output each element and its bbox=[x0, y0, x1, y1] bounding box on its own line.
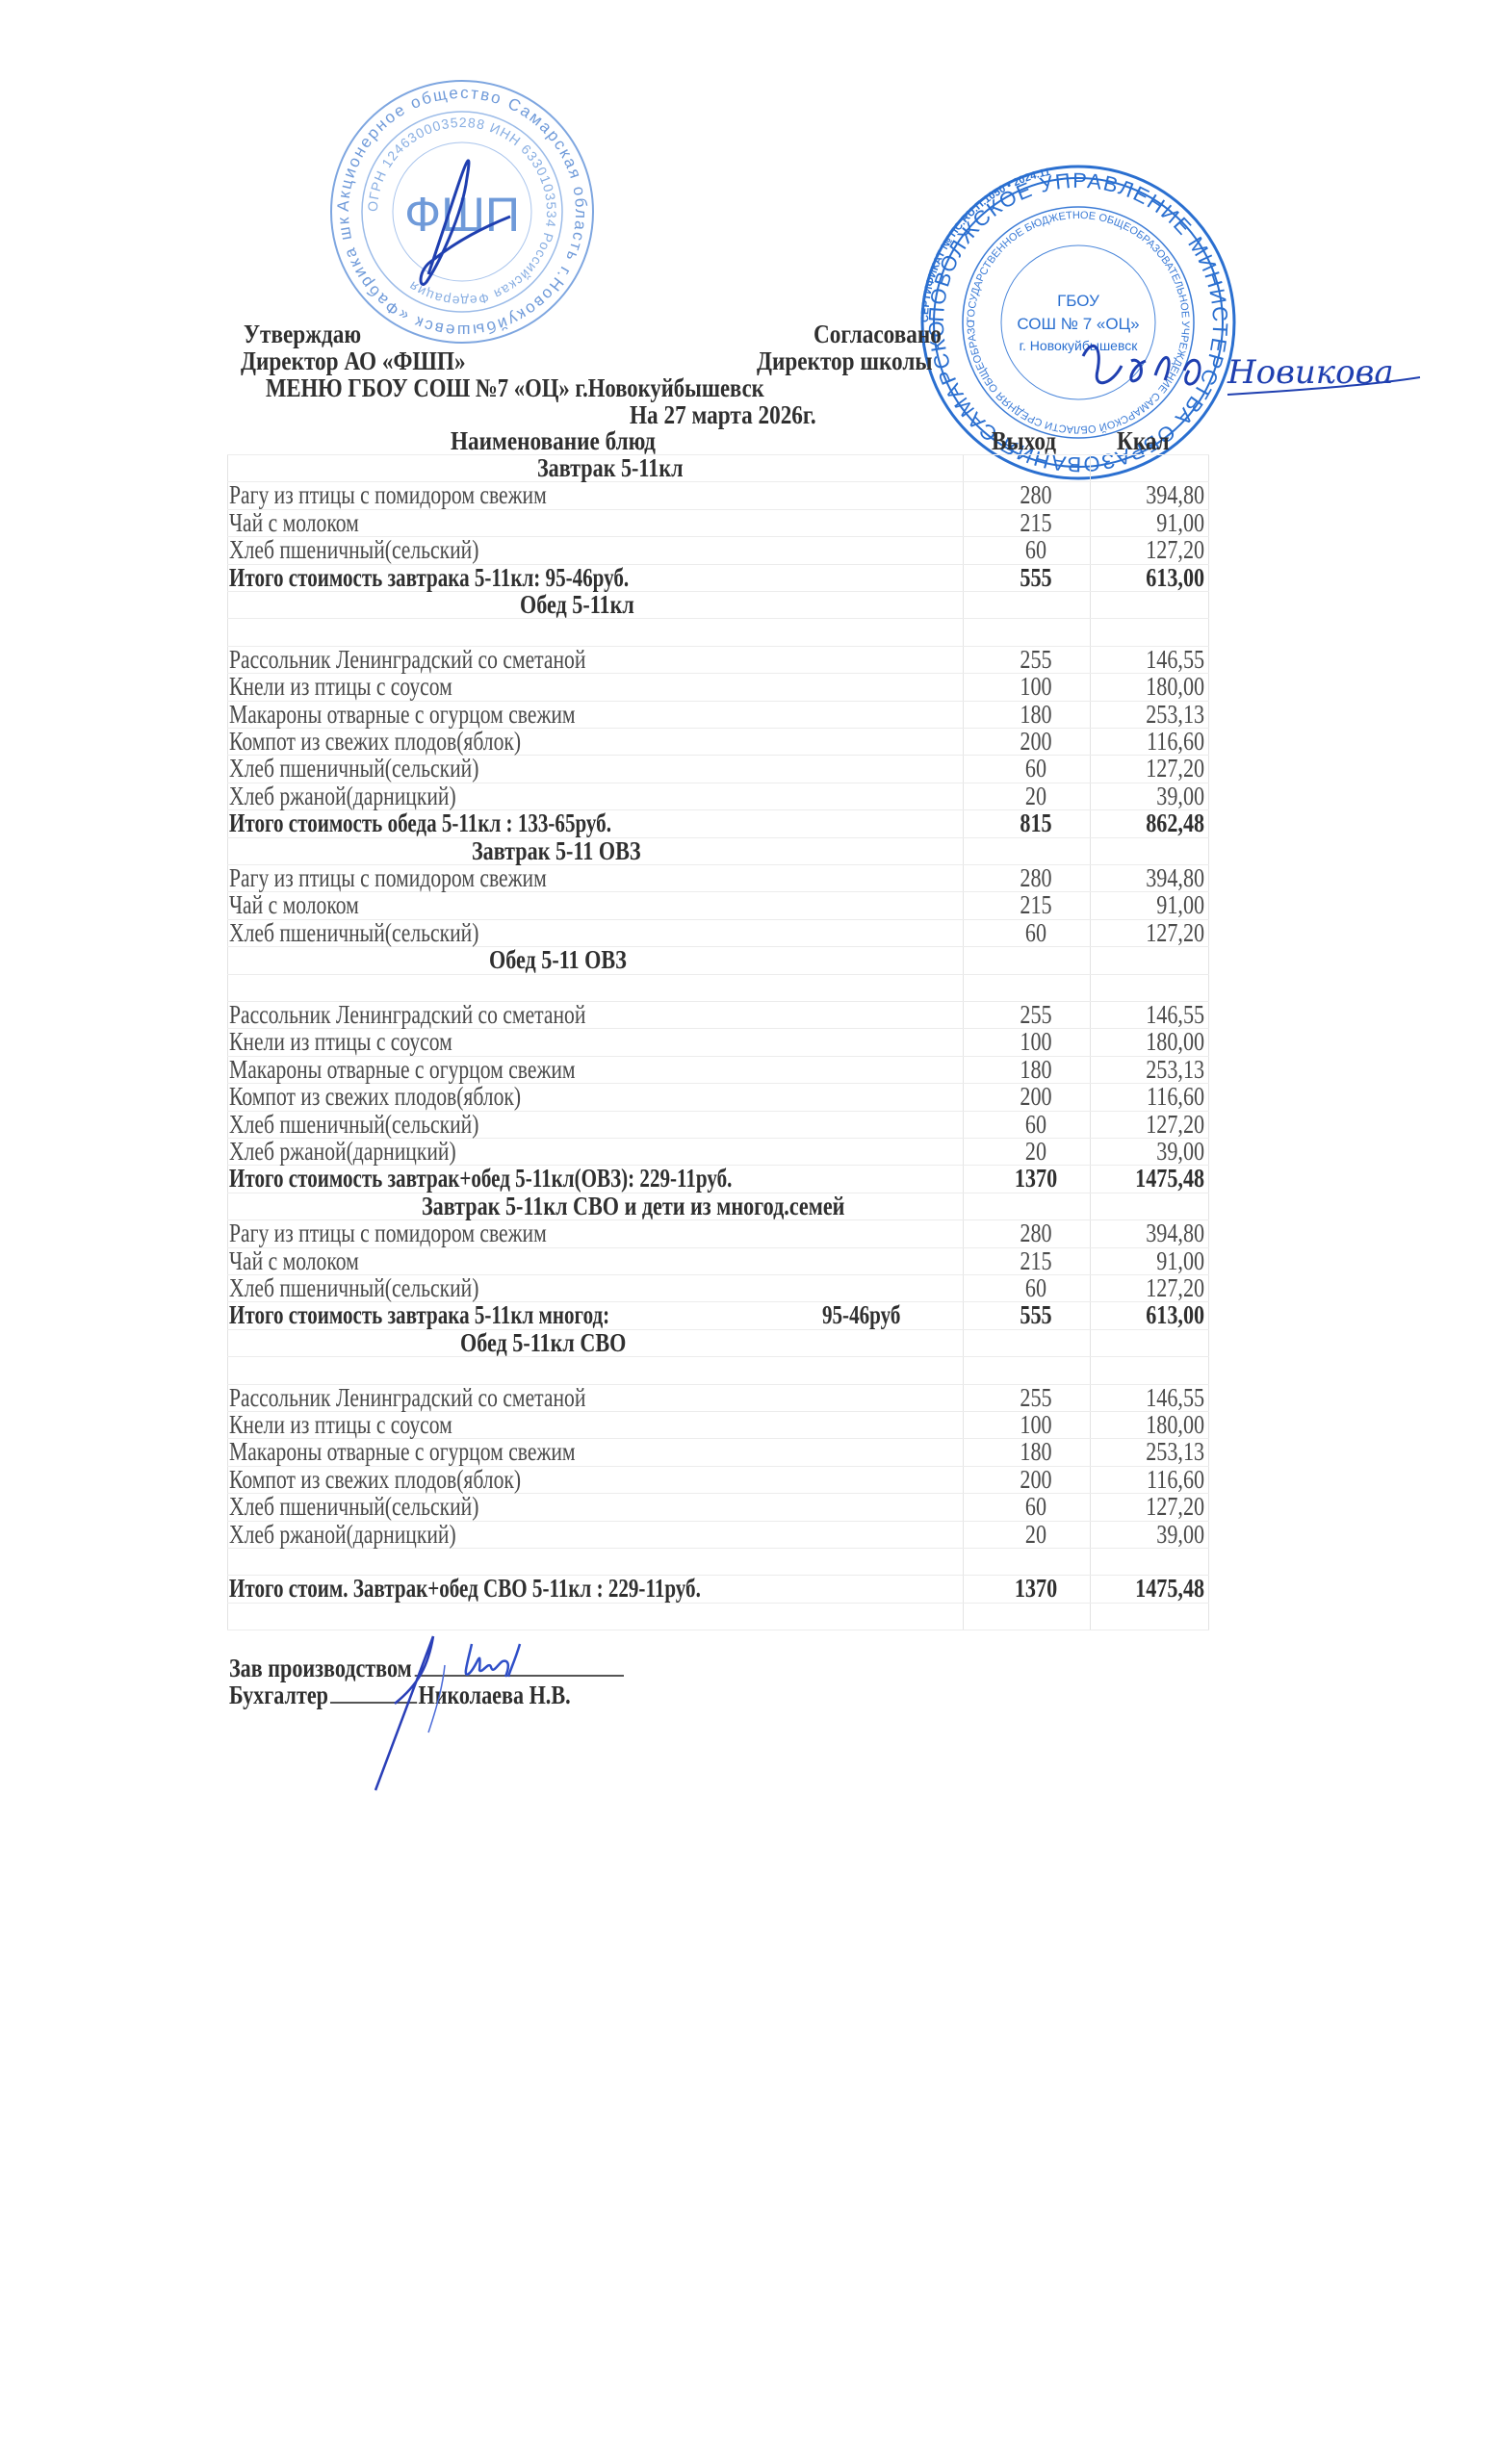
dish-kcal: 146,55 bbox=[1115, 646, 1209, 673]
dish-output: 280 bbox=[989, 864, 1083, 891]
dish-name: Компот из свежих плодов(яблок) bbox=[229, 728, 521, 755]
dish-kcal: 127,20 bbox=[1115, 755, 1209, 782]
total-row: Итого стоимость завтрак+обед 5-11кл(ОВЗ)… bbox=[227, 1165, 1209, 1192]
dish-output: 100 bbox=[989, 673, 1083, 700]
dish-output: 20 bbox=[989, 1138, 1083, 1165]
footer-signatures bbox=[337, 1627, 626, 1800]
menu-item-row: Компот из свежих плодов(яблок)200116,60 bbox=[227, 1083, 1209, 1110]
total-label: Итого стоим. Завтрак+обед СВО 5-11кл : 2… bbox=[229, 1575, 701, 1602]
dish-output: 60 bbox=[989, 1493, 1083, 1520]
column-header-output: Выход bbox=[992, 427, 1056, 454]
dish-kcal: 39,00 bbox=[1115, 1138, 1209, 1165]
total-output: 815 bbox=[989, 809, 1083, 836]
dish-name: Рассольник Ленинградский со сметаной bbox=[229, 646, 585, 673]
total-output: 1370 bbox=[989, 1165, 1083, 1192]
dish-kcal: 127,20 bbox=[1115, 1493, 1209, 1520]
dish-name: Хлеб ржаной(дарницкий) bbox=[229, 1521, 456, 1548]
dish-kcal: 180,00 bbox=[1115, 1411, 1209, 1438]
menu-item-row: Рассольник Ленинградский со сметаной2551… bbox=[227, 646, 1209, 673]
dish-output: 215 bbox=[989, 1247, 1083, 1274]
table-gridline bbox=[227, 618, 1209, 619]
dish-kcal: 116,60 bbox=[1115, 1083, 1209, 1110]
total-kcal: 613,00 bbox=[1115, 564, 1209, 591]
dish-kcal: 180,00 bbox=[1115, 673, 1209, 700]
dish-output: 215 bbox=[989, 509, 1083, 536]
dish-name: Хлеб пшеничный(сельский) bbox=[229, 919, 478, 946]
dish-output: 255 bbox=[989, 1001, 1083, 1028]
menu-item-row: Кнели из птицы с соусом100180,00 bbox=[227, 673, 1209, 700]
dish-name: Кнели из птицы с соусом bbox=[229, 1028, 452, 1055]
page-title: МЕНЮ ГБОУ СОШ №7 «ОЦ» г.Новокуйбышевск bbox=[266, 373, 764, 403]
total-row: Итого стоимость обеда 5-11кл : 133-65руб… bbox=[227, 809, 1209, 836]
dish-kcal: 116,60 bbox=[1115, 1466, 1209, 1493]
dish-name: Макароны отварные с огурцом свежим bbox=[229, 1056, 576, 1083]
column-header-kcal: Ккал bbox=[1117, 427, 1170, 454]
menu-item-row: Хлеб пшеничный(сельский)60127,20 bbox=[227, 1111, 1209, 1138]
dish-kcal: 394,80 bbox=[1115, 864, 1209, 891]
agree-role: Директор школы bbox=[757, 346, 933, 376]
dish-kcal: 127,20 bbox=[1115, 1111, 1209, 1138]
total-output: 555 bbox=[989, 1301, 1083, 1328]
table-gridline bbox=[227, 1356, 1209, 1357]
approve-role: Директор АО «ФШП» bbox=[241, 346, 466, 376]
section-title: Завтрак 5-11 ОВЗ bbox=[472, 837, 641, 864]
menu-item-row: Рагу из птицы с помидором свежим280394,8… bbox=[227, 481, 1209, 508]
total-kcal: 613,00 bbox=[1115, 1301, 1209, 1328]
dish-name: Хлеб пшеничный(сельский) bbox=[229, 755, 478, 782]
dish-output: 100 bbox=[989, 1411, 1083, 1438]
menu-item-row: Хлеб пшеничный(сельский)60127,20 bbox=[227, 919, 1209, 946]
menu-item-row: Макароны отварные с огурцом свежим180253… bbox=[227, 701, 1209, 728]
total-kcal: 1475,48 bbox=[1115, 1165, 1209, 1192]
dish-output: 200 bbox=[989, 1466, 1083, 1493]
dish-kcal: 253,13 bbox=[1115, 1056, 1209, 1083]
section-title: Обед 5-11кл СВО bbox=[460, 1329, 626, 1356]
menu-item-row: Рассольник Ленинградский со сметаной2551… bbox=[227, 1001, 1209, 1028]
table-gridline bbox=[227, 974, 1209, 975]
menu-item-row: Хлеб ржаной(дарницкий)2039,00 bbox=[227, 783, 1209, 809]
dish-name: Хлеб ржаной(дарницкий) bbox=[229, 783, 456, 809]
dish-output: 60 bbox=[989, 1111, 1083, 1138]
section-title: Завтрак 5-11кл СВО и дети из многод.семе… bbox=[422, 1193, 844, 1219]
dish-output: 60 bbox=[989, 755, 1083, 782]
dish-output: 180 bbox=[989, 1056, 1083, 1083]
director-signature: Новикова bbox=[1064, 318, 1430, 423]
menu-item-row: Чай с молоком21591,00 bbox=[227, 1247, 1209, 1274]
dish-kcal: 180,00 bbox=[1115, 1028, 1209, 1055]
table-gridline bbox=[227, 454, 1209, 455]
total-row: Итого стоимость завтрака 5-11кл: 95-46ру… bbox=[227, 564, 1209, 591]
total-row: Итого стоимость завтрака 5-11кл многод:9… bbox=[227, 1301, 1209, 1328]
dish-kcal: 253,13 bbox=[1115, 1438, 1209, 1465]
dish-name: Хлеб пшеничный(сельский) bbox=[229, 1111, 478, 1138]
approve-label: Утверждаю bbox=[244, 320, 361, 349]
dish-kcal: 146,55 bbox=[1115, 1001, 1209, 1028]
menu-item-row: Чай с молоком21591,00 bbox=[227, 509, 1209, 536]
dish-name: Хлеб пшеничный(сельский) bbox=[229, 1493, 478, 1520]
menu-document: Акционерное общество Самарская область г… bbox=[0, 0, 1498, 2464]
dish-name: Компот из свежих плодов(яблок) bbox=[229, 1466, 521, 1493]
dish-output: 60 bbox=[989, 536, 1083, 563]
dish-output: 20 bbox=[989, 783, 1083, 809]
dish-kcal: 394,80 bbox=[1115, 481, 1209, 508]
total-kcal: 862,48 bbox=[1115, 809, 1209, 836]
dish-kcal: 91,00 bbox=[1115, 1247, 1209, 1274]
dish-name: Хлеб пшеничный(сельский) bbox=[229, 536, 478, 563]
menu-item-row: Кнели из птицы с соусом100180,00 bbox=[227, 1028, 1209, 1055]
menu-item-row: Рагу из птицы с помидором свежим280394,8… bbox=[227, 864, 1209, 891]
total-label: Итого стоимость обеда 5-11кл : 133-65руб… bbox=[229, 809, 611, 836]
menu-item-row: Рагу из птицы с помидором свежим280394,8… bbox=[227, 1219, 1209, 1246]
dish-name: Чай с молоком bbox=[229, 1247, 359, 1274]
section-title: Обед 5-11 ОВЗ bbox=[489, 946, 627, 973]
menu-item-row: Хлеб ржаной(дарницкий)2039,00 bbox=[227, 1138, 1209, 1165]
column-header-name: Наименование блюд bbox=[451, 427, 656, 454]
dish-kcal: 91,00 bbox=[1115, 891, 1209, 918]
dish-name: Хлеб пшеничный(сельский) bbox=[229, 1274, 478, 1301]
total-output: 555 bbox=[989, 564, 1083, 591]
agree-label: Согласовано bbox=[814, 320, 942, 349]
menu-item-row: Макароны отварные с огурцом свежим180253… bbox=[227, 1056, 1209, 1083]
dish-output: 60 bbox=[989, 919, 1083, 946]
total-label: Итого стоимость завтрак+обед 5-11кл(ОВЗ)… bbox=[229, 1165, 732, 1192]
dish-kcal: 91,00 bbox=[1115, 509, 1209, 536]
svg-text:Новикова: Новикова bbox=[1227, 353, 1394, 392]
dish-name: Компот из свежих плодов(яблок) bbox=[229, 1083, 521, 1110]
dish-output: 280 bbox=[989, 481, 1083, 508]
dish-output: 255 bbox=[989, 1384, 1083, 1411]
menu-item-row: Компот из свежих плодов(яблок)200116,60 bbox=[227, 728, 1209, 755]
menu-item-row: Компот из свежих плодов(яблок)200116,60 bbox=[227, 1466, 1209, 1493]
dish-name: Чай с молоком bbox=[229, 509, 359, 536]
total-label: Итого стоимость завтрака 5-11кл многод: bbox=[229, 1301, 609, 1328]
dish-output: 215 bbox=[989, 891, 1083, 918]
dish-kcal: 127,20 bbox=[1115, 1274, 1209, 1301]
menu-item-row: Рассольник Ленинградский со сметаной2551… bbox=[227, 1384, 1209, 1411]
dish-kcal: 394,80 bbox=[1115, 1219, 1209, 1246]
dish-output: 200 bbox=[989, 728, 1083, 755]
dish-kcal: 39,00 bbox=[1115, 783, 1209, 809]
total-kcal: 1475,48 bbox=[1115, 1575, 1209, 1602]
dish-name: Рассольник Ленинградский со сметаной bbox=[229, 1001, 585, 1028]
menu-item-row: Хлеб пшеничный(сельский)60127,20 bbox=[227, 1493, 1209, 1520]
section-title: Завтрак 5-11кл bbox=[537, 454, 684, 481]
dish-output: 200 bbox=[989, 1083, 1083, 1110]
dish-name: Рагу из птицы с помидором свежим bbox=[229, 1219, 547, 1246]
dish-output: 180 bbox=[989, 701, 1083, 728]
dish-name: Кнели из птицы с соусом bbox=[229, 1411, 452, 1438]
dish-name: Рагу из птицы с помидором свежим bbox=[229, 481, 547, 508]
total-row: Итого стоим. Завтрак+обед СВО 5-11кл : 2… bbox=[227, 1575, 1209, 1602]
dish-kcal: 116,60 bbox=[1115, 728, 1209, 755]
section-title: Обед 5-11кл bbox=[520, 591, 634, 618]
total-label: Итого стоимость завтрака 5-11кл: 95-46ру… bbox=[229, 564, 629, 591]
dish-output: 180 bbox=[989, 1438, 1083, 1465]
menu-item-row: Макароны отварные с огурцом свежим180253… bbox=[227, 1438, 1209, 1465]
menu-item-row: Хлеб пшеничный(сельский)60127,20 bbox=[227, 1274, 1209, 1301]
company-stamp: Акционерное общество Самарская область г… bbox=[323, 72, 602, 351]
svg-text:ФШП: ФШП bbox=[404, 188, 520, 242]
menu-item-row: Хлеб пшеничный(сельский)60127,20 bbox=[227, 755, 1209, 782]
dish-kcal: 253,13 bbox=[1115, 701, 1209, 728]
svg-text:ГБОУ: ГБОУ bbox=[1057, 292, 1099, 310]
dish-name: Хлеб ржаной(дарницкий) bbox=[229, 1138, 456, 1165]
total-price: 95-46руб bbox=[822, 1301, 900, 1328]
dish-output: 60 bbox=[989, 1274, 1083, 1301]
total-output: 1370 bbox=[989, 1575, 1083, 1602]
dish-name: Макароны отварные с огурцом свежим bbox=[229, 701, 576, 728]
dish-name: Чай с молоком bbox=[229, 891, 359, 918]
dish-kcal: 127,20 bbox=[1115, 919, 1209, 946]
dish-name: Рагу из птицы с помидором свежим bbox=[229, 864, 547, 891]
dish-kcal: 146,55 bbox=[1115, 1384, 1209, 1411]
menu-item-row: Чай с молоком21591,00 bbox=[227, 891, 1209, 918]
dish-name: Рассольник Ленинградский со сметаной bbox=[229, 1384, 585, 1411]
menu-date: На 27 марта 2026г. bbox=[630, 400, 816, 430]
menu-item-row: Кнели из птицы с соусом100180,00 bbox=[227, 1411, 1209, 1438]
dish-kcal: 127,20 bbox=[1115, 536, 1209, 563]
dish-name: Кнели из птицы с соусом bbox=[229, 673, 452, 700]
dish-output: 280 bbox=[989, 1219, 1083, 1246]
dish-output: 20 bbox=[989, 1521, 1083, 1548]
dish-output: 100 bbox=[989, 1028, 1083, 1055]
dish-kcal: 39,00 bbox=[1115, 1521, 1209, 1548]
menu-item-row: Хлеб пшеничный(сельский)60127,20 bbox=[227, 536, 1209, 563]
menu-item-row: Хлеб ржаной(дарницкий)2039,00 bbox=[227, 1521, 1209, 1548]
dish-name: Макароны отварные с огурцом свежим bbox=[229, 1438, 576, 1465]
dish-output: 255 bbox=[989, 646, 1083, 673]
